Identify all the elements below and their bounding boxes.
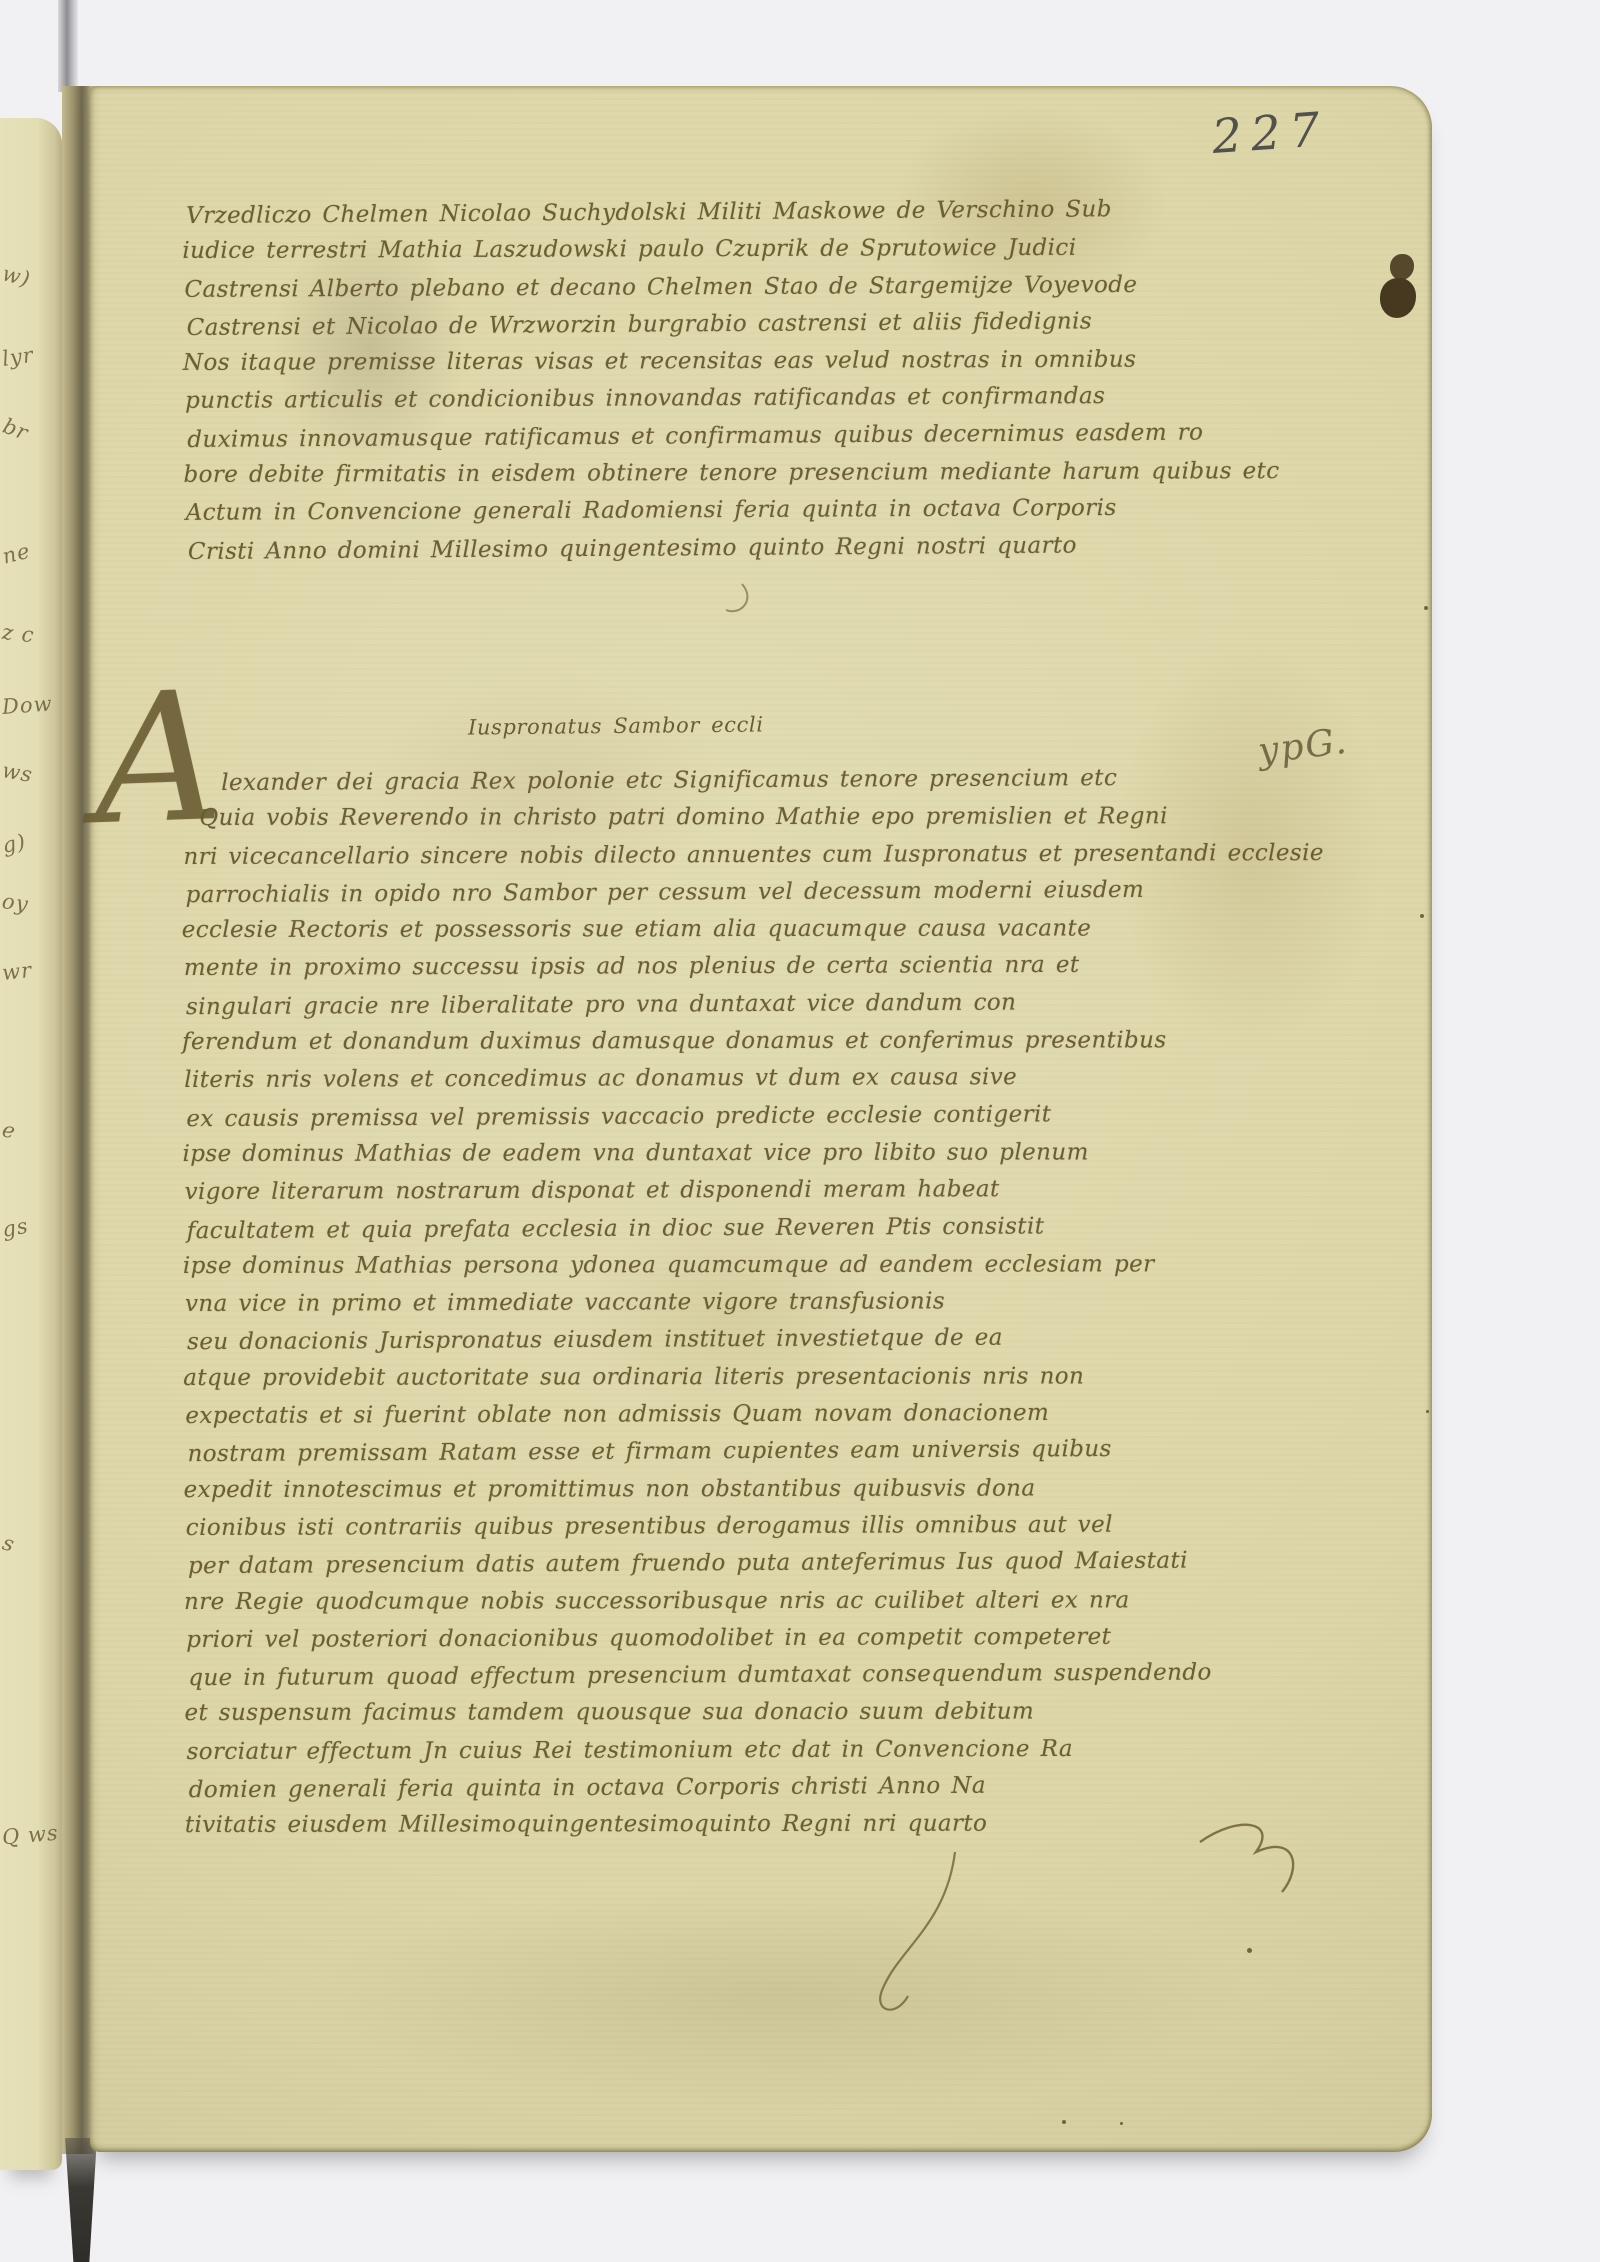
entry2-text-block: lexander dei gracia Rex polonie etc Sign… [183, 760, 1327, 1846]
ink-speck [1424, 606, 1428, 610]
manuscript-line: literis nris volens et concedimus ac don… [184, 1058, 1325, 1099]
manuscript-line: domien generali feria quinta in octava C… [189, 1766, 1330, 1810]
manuscript-line: expectatis et si fuerint oblate non admi… [185, 1394, 1326, 1435]
manuscript-line: bore debite firmitatis in eisdem obtiner… [183, 453, 1279, 494]
entry2-heading: Iuspronatus Sambor eccli [468, 712, 764, 739]
ink-blot [1390, 254, 1414, 280]
manuscript-line: Actum in Convencione generali Radomiensi… [186, 490, 1282, 533]
ink-speck [1420, 914, 1424, 918]
manuscript-line: atque providebit auctoritate sua ordinar… [183, 1358, 1324, 1397]
manuscript-line: Cristi Anno domini Millesimo quingentesi… [188, 526, 1284, 571]
manuscript-page: 227 Vrzedliczo Chelmen Nicolao Suchydols… [90, 86, 1432, 2152]
manuscript-line: que in futurum quoad effectum presencium… [188, 1654, 1329, 1698]
facing-page-edge: w) lyr br ne z c Dow ws g) oy wr e gs s … [0, 118, 62, 2170]
manuscript-line: cionibus isti contrariis quibus presenti… [186, 1506, 1327, 1547]
ink-speck [1426, 1410, 1429, 1413]
manuscript-line: lexander dei gracia Rex polonie etc Sign… [221, 759, 1326, 802]
ink-speck [1247, 1948, 1252, 1953]
manuscript-line: et suspensum facimus tamdem quousque sua… [184, 1693, 1325, 1732]
manuscript-line: ferendum et donandum duximus damusque do… [182, 1022, 1323, 1061]
manuscript-line: nostram premissam Ratam esse et firmam c… [187, 1430, 1328, 1474]
facing-page-text-fragment: gs [0, 1208, 61, 1242]
manuscript-line: vigore literarum nostrarum disponat et d… [185, 1170, 1326, 1211]
manuscript-line: ipse dominus Mathias persona ydonea quam… [183, 1246, 1324, 1285]
manuscript-line: facultatem et quia prefata ecclesia in d… [187, 1206, 1328, 1250]
manuscript-line: priori vel posteriori donacionibus quomo… [186, 1618, 1327, 1659]
facing-page-text-fragment: z c [1, 620, 61, 650]
manuscript-line: nri vicecancellario sincere nobis dilect… [183, 835, 1324, 876]
facing-page-text-fragment: ne [0, 531, 62, 568]
entry1-text-block: Vrzedliczo Chelmen Nicolao Suchydolski M… [184, 191, 1282, 570]
facing-page-text-fragment: wr [1, 955, 61, 985]
manuscript-line: ecclesie Rectoris et possessoris sue eti… [182, 910, 1323, 949]
manuscript-scan: w) lyr br ne z c Dow ws g) oy wr e gs s … [0, 0, 1600, 2262]
paper-stain [150, 1846, 1410, 2146]
manuscript-line: nre Regie quodcumque nobis successoribus… [184, 1582, 1325, 1621]
binding-strip-top [58, 0, 78, 92]
facing-page-text-fragment: lyr [1, 339, 62, 371]
manuscript-line: ipse dominus Mathias de eadem vna duntax… [182, 1134, 1323, 1173]
manuscript-line: Castrensi et Nicolao de Wrzworzin burgra… [187, 302, 1283, 347]
facing-page-text-fragment: g) [0, 822, 62, 858]
facing-page-text-fragment: e [0, 1117, 62, 1153]
manuscript-line: vna vice in primo et immediate vaccante … [185, 1282, 1326, 1323]
facing-page-text-fragment: br [0, 414, 62, 456]
manuscript-line: singulari gracie nre liberalitate pro vn… [186, 983, 1327, 1027]
manuscript-line: duximus innovamusque ratificamus et conf… [187, 414, 1283, 459]
manuscript-line: parrochialis in opido nro Sambor per ces… [185, 871, 1326, 915]
manuscript-line: sorciatur effectum Jn cuius Rei testimon… [187, 1730, 1328, 1771]
manuscript-line: tivitatis eiusdem Millesimoquingentesimo… [185, 1805, 1326, 1844]
manuscript-line: iudice terrestri Mathia Laszudowski paul… [182, 229, 1278, 270]
manuscript-line: expedit innotescimus et promittimus non … [184, 1470, 1325, 1509]
manuscript-line: seu donacionis Jurispronatus eiusdem ins… [187, 1318, 1328, 1362]
manuscript-line: per datam presencium datis autem fruendo… [188, 1542, 1329, 1586]
facing-page-text-fragment: Q ws [1, 1821, 61, 1850]
facing-page-text-fragment: ws [0, 758, 61, 792]
binding-strip-bottom [62, 2138, 100, 2262]
facing-page-text-fragment: Dow [1, 691, 61, 719]
manuscript-line: mente in proximo successu ipsis ad nos p… [184, 946, 1325, 987]
folio-number: 227 [1210, 102, 1330, 165]
manuscript-line: Nos itaque premisse literas visas et rec… [183, 341, 1279, 382]
facing-page-text-fragment: s [0, 1530, 62, 1569]
manuscript-line: ex causis premissa vel premissis vaccaci… [186, 1094, 1327, 1138]
ink-speck [1062, 2120, 1066, 2124]
ink-blot [1380, 278, 1416, 318]
manuscript-line: Quia vobis Reverendo in christo patri do… [199, 798, 1322, 837]
facing-page-text-fragment: oy [1, 889, 62, 921]
ink-speck [1120, 2122, 1123, 2125]
manuscript-line: Vrzedliczo Chelmen Nicolao Suchydolski M… [186, 190, 1282, 235]
facing-page-text-fragment: w) [0, 261, 62, 298]
